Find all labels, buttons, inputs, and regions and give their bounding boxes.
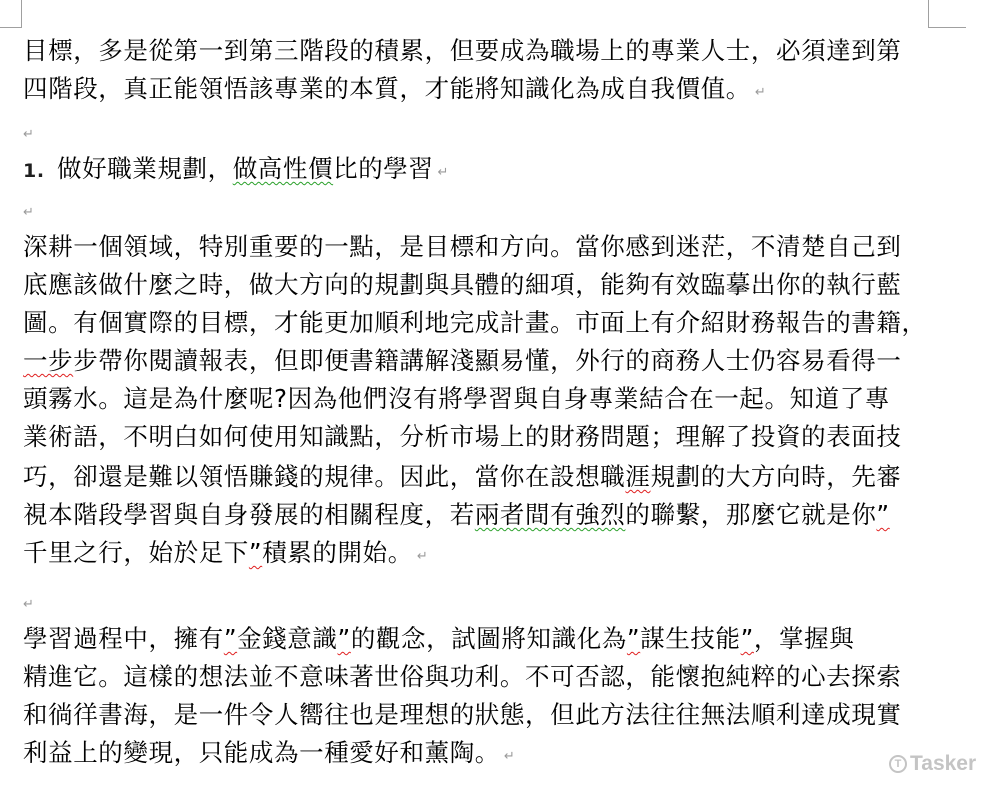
list-number: 1. (23, 152, 57, 190)
paragraph-mark-icon: ↵ (438, 165, 450, 180)
spelling-flag[interactable]: ” (876, 500, 889, 529)
spelling-flag[interactable]: ” (224, 624, 237, 653)
paragraph-2-line-6: 業術語，不明白如何使用知識點，分析市場上的財務問題；理解了投資的表面技 (23, 418, 902, 456)
grammar-flag[interactable]: 做高性價 (233, 154, 333, 183)
tasker-logo-icon: T (889, 755, 907, 773)
paragraph-mark-icon: ↵ (23, 597, 35, 612)
paragraph-1-line-2: 四階段，真正能領悟該專業的本質，才能將知識化為成自我價值。↵ (23, 70, 766, 108)
paragraph-mark-icon: ↵ (504, 749, 516, 764)
paragraph-3-line-1: 學習過程中，擁有”金錢意識”的觀念，試圖將知識化為”謀生技能”，掌握與 (23, 620, 854, 658)
paragraph-3-line-2: 精進它。這樣的想法並不意味著世俗與功利。不可否認，能懷抱純粹的心去探索 (23, 658, 902, 696)
heading-list-item-1: 1.做好職業規劃，做高性價比的學習↵ (23, 150, 449, 188)
spelling-flag[interactable]: ” (338, 624, 351, 653)
paragraph-mark-icon: ↵ (755, 85, 767, 100)
paragraph-2-line-8: 視本階段學習與自身發展的相關程度，若兩者間有強烈的聯繫，那麼它就是你” (23, 496, 890, 534)
paragraph-2-line-2: 底應該做什麼之時，做大方向的規劃與具體的細項，能夠有效臨摹出你的執行藍 (23, 266, 902, 304)
spelling-flag[interactable]: 一步 (23, 346, 73, 375)
empty-paragraph: ↵ (23, 190, 35, 228)
paragraph-1-line-1: 目標，多是從第一到第三階段的積累，但要成為職場上的專業人士，必須達到第 (23, 32, 902, 70)
grammar-flag[interactable]: 兩者間有強烈 (475, 500, 626, 529)
margin-crop-mark-top-left (0, 0, 22, 28)
paragraph-mark-icon: ↵ (23, 205, 35, 220)
spelling-flag[interactable]: ” (627, 624, 640, 653)
margin-crop-mark-top-right (928, 0, 966, 28)
spelling-flag[interactable]: ” (741, 624, 754, 653)
spelling-flag[interactable]: 涯 (625, 462, 650, 491)
paragraph-2-line-7: 巧，卻還是難以領悟賺錢的規律。因此，當你在設想職涯規劃的大方向時，先審 (23, 458, 902, 496)
paragraph-2-line-4: 一步步帶你閱讀報表，但即便書籍講解淺顯易懂，外行的商務人士仍容易看得一 (23, 342, 902, 380)
paragraph-mark-icon: ↵ (417, 549, 429, 564)
paragraph-3-line-3: 和徜徉書海，是一件令人嚮往也是理想的狀態，但此方法往往無法順利達成現實 (23, 696, 902, 734)
paragraph-mark-icon: ↵ (23, 127, 35, 142)
paragraph-2-line-1: 深耕一個領域，特別重要的一點，是目標和方向。當你感到迷茫，不清楚自己到 (23, 228, 902, 266)
spelling-flag[interactable]: ” (249, 538, 262, 567)
watermark: T Tasker (889, 752, 976, 776)
paragraph-2-line-9: 千里之行，始於足下”積累的開始。↵ (23, 534, 428, 572)
empty-paragraph: ↵ (23, 582, 35, 620)
paragraph-3-line-4: 利益上的變現，只能成為一種愛好和薰陶。↵ (23, 734, 515, 772)
paragraph-2-line-3: 圖。有個實際的目標，才能更加順利地完成計畫。市面上有介紹財務報告的書籍， (23, 304, 927, 342)
paragraph-2-line-5: 頭霧水。這是為什麼呢?因為他們沒有將學習與自身專業結合在一起。知道了專 (23, 380, 890, 418)
empty-paragraph: ↵ (23, 112, 35, 150)
watermark-label: Tasker (910, 752, 976, 776)
